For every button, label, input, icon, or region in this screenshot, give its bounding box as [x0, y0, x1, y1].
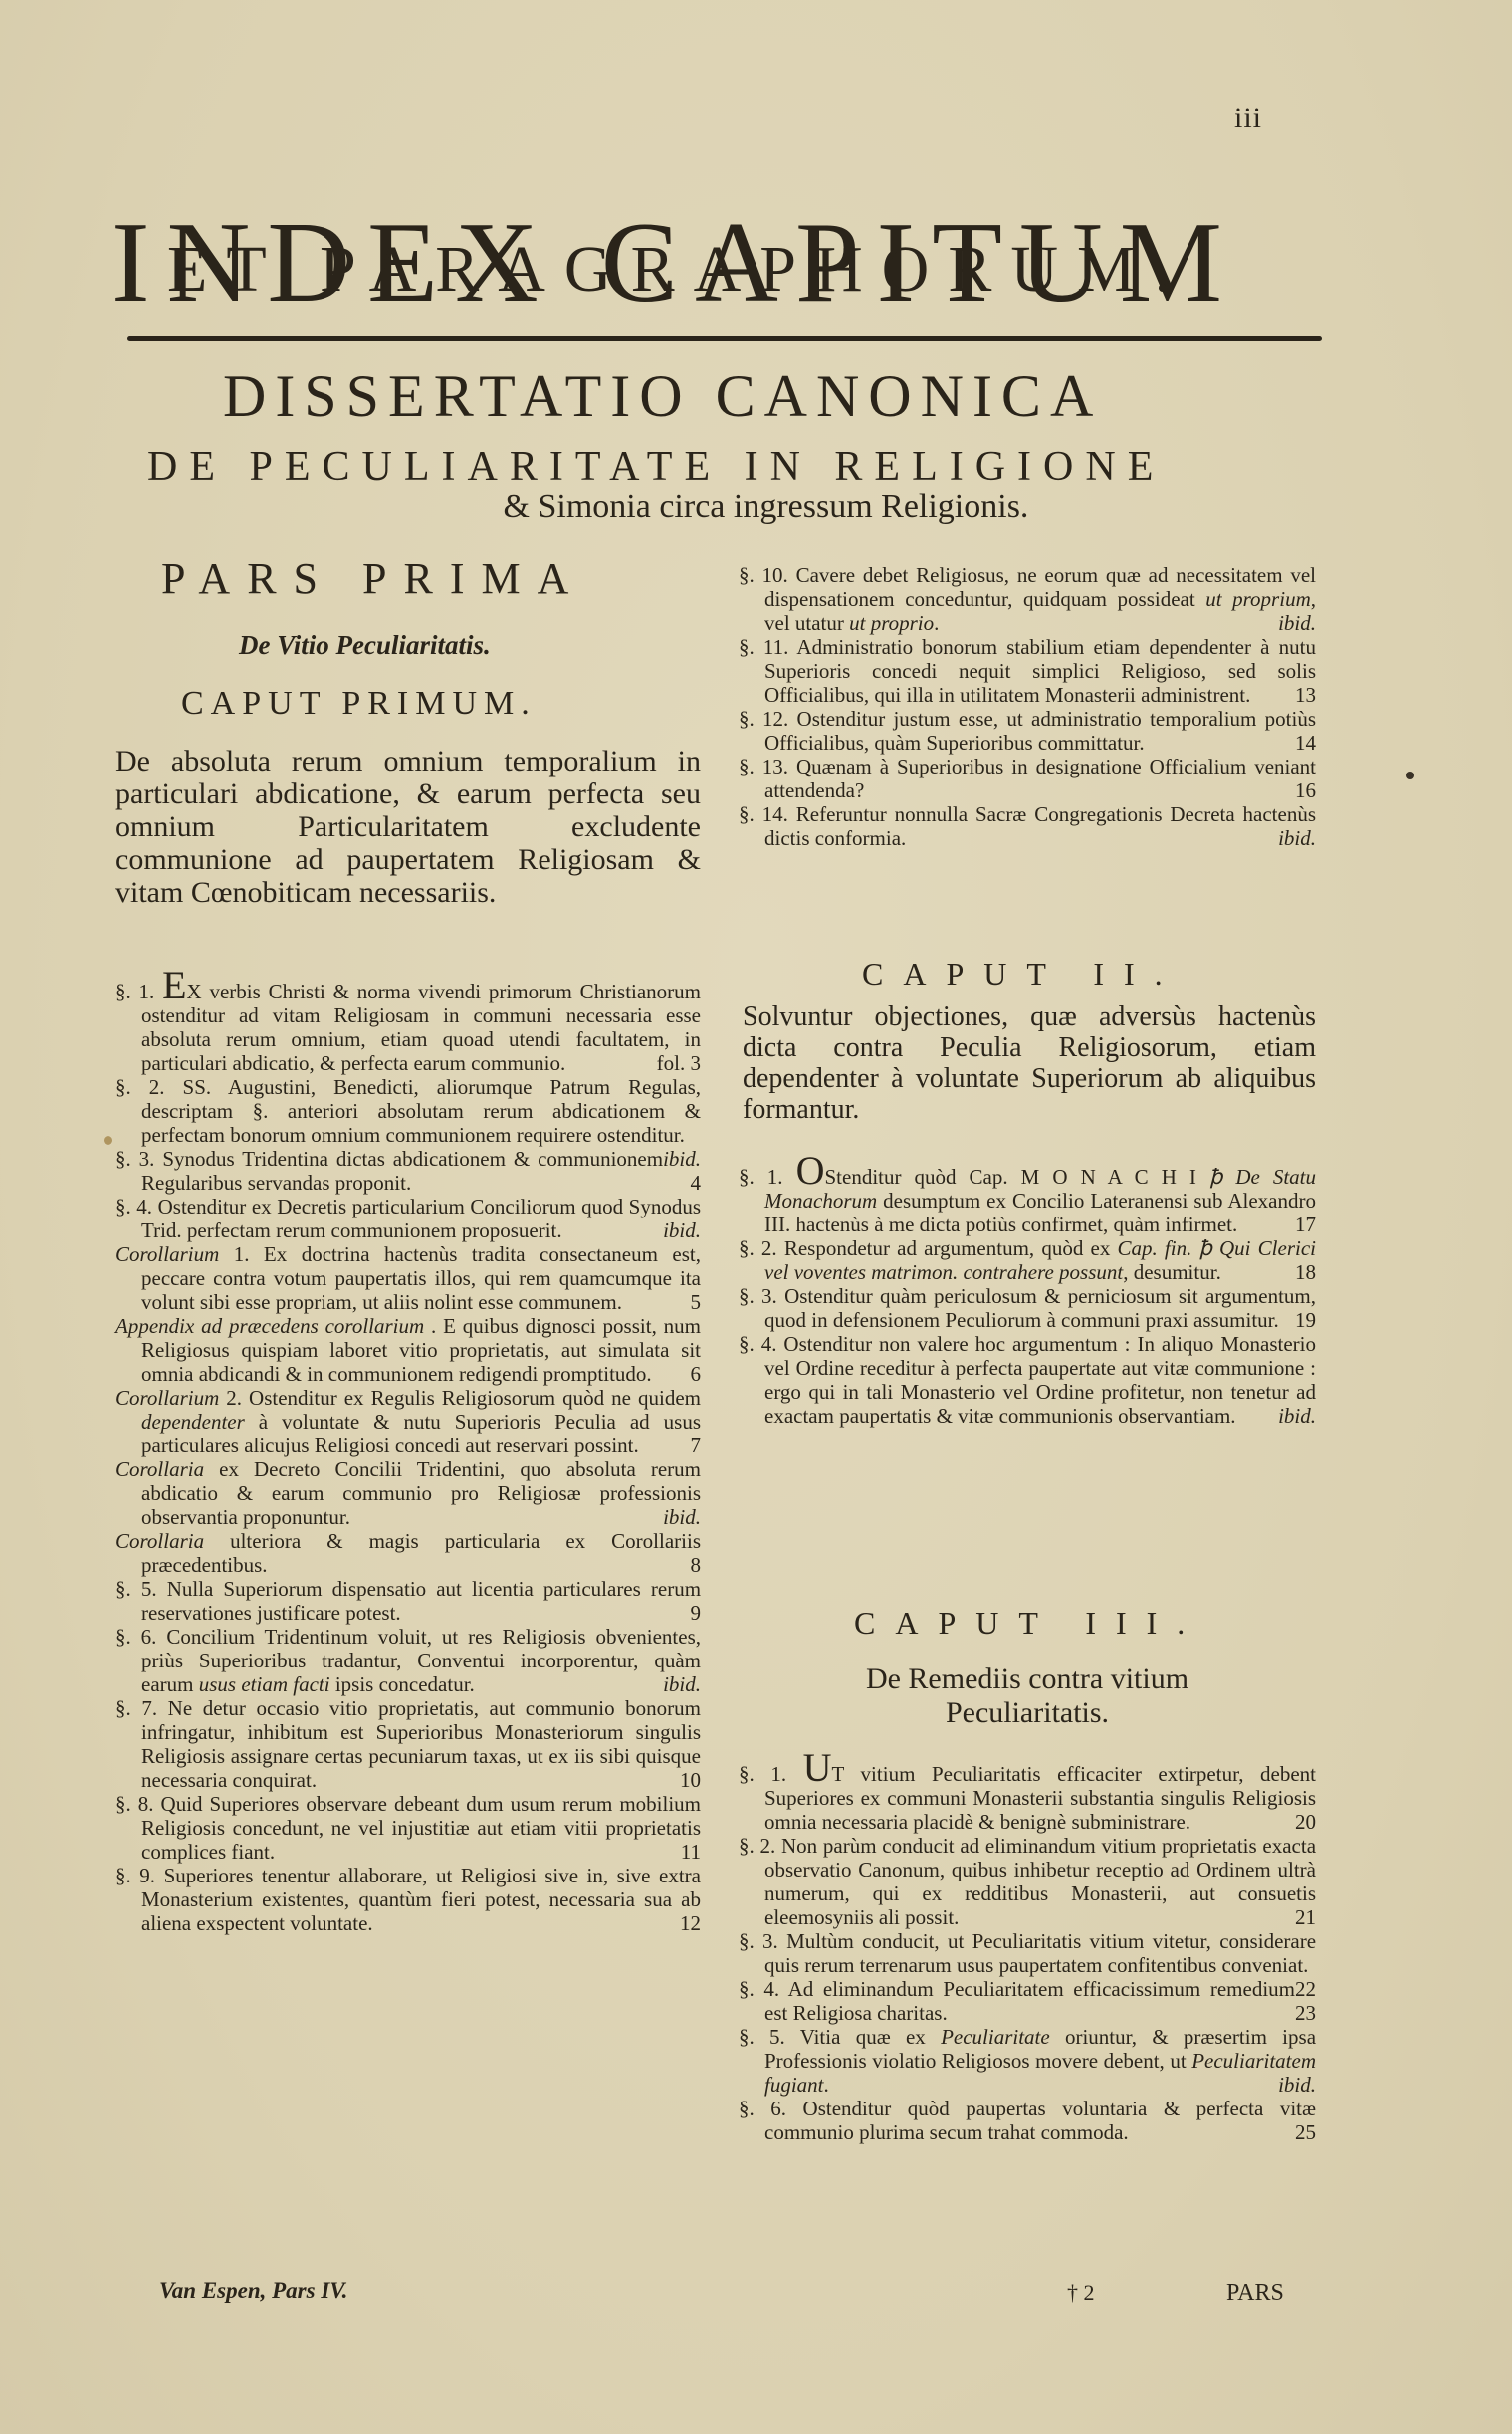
entry-text: Multùm conducit, ut Peculiaritatis vitiu… — [764, 1929, 1316, 1977]
entry-text: Quænam à Superioribus in designatione Of… — [764, 755, 1316, 802]
index-entry: Corollarium 2. Ostenditur ex Regulis Rel… — [115, 1386, 701, 1457]
entry-page-number: 4 — [691, 1171, 702, 1195]
entry-page-number: 17 — [1295, 1213, 1316, 1236]
stain-spot — [104, 1136, 112, 1145]
entry-text: ipsis concedatur. — [330, 1672, 475, 1696]
entry-label: Appendix ad præcedens corollarium — [115, 1314, 424, 1338]
index-entry: Corollarium 1. Ex doctrina hactenùs trad… — [115, 1242, 701, 1314]
entry-text-italic: Peculiaritate — [941, 2025, 1050, 2049]
index-entry: §. 11. Administratio bonorum stabilium e… — [739, 635, 1316, 707]
entry-label: §. 3. — [739, 1284, 777, 1308]
index-entry: §. 5. Nulla Superiorum dispensatio aut l… — [115, 1577, 701, 1625]
entry-text: Respondetur ad argumentum, quòd ex — [784, 1236, 1118, 1260]
index-entry: §. 13. Quænam à Superioribus in designat… — [739, 755, 1316, 802]
caput-ii-entries: §. 1. OStenditur quòd Cap. M O N A C H I… — [739, 1161, 1316, 1428]
entry-page-number: 7 — [691, 1434, 702, 1457]
index-entry: §. 9. Superiores tenentur allaborare, ut… — [115, 1864, 701, 1935]
caput-iii-description-line1: De Remediis contra vitium — [739, 1662, 1316, 1696]
index-entry: §. 6. Ostenditur quòd paupertas voluntar… — [739, 2097, 1316, 2144]
entry-page-number: 14 — [1295, 731, 1316, 755]
caput-ii-heading: CAPUT II. — [862, 958, 1183, 990]
entry-page-number: 12 — [680, 1911, 701, 1935]
entry-text: Ostenditur quòd paupertas voluntaria & p… — [764, 2097, 1316, 2144]
printer-signature: Van Espen, Pars IV. — [159, 2278, 347, 2304]
caput-ii-description: Solvuntur objectiones, quæ adversùs hact… — [743, 1001, 1316, 1125]
page-number: iii — [1234, 102, 1262, 135]
entry-text: 1. Ex doctrina hactenùs tradita consecta… — [141, 1242, 701, 1314]
index-entry: §. 6. Concilium Tridentinum voluit, ut r… — [115, 1625, 701, 1696]
index-entry: §. 4. Ostenditur ex Decretis particulari… — [115, 1195, 701, 1242]
caput-primum-description: De absoluta rerum omnium temporalium in … — [115, 745, 701, 909]
entry-page-number: ibid. — [663, 1218, 701, 1242]
entry-page-number: 18 — [1295, 1260, 1316, 1284]
entry-page-number: ibid. — [1278, 1404, 1316, 1428]
index-entry: §. 8. Quid Superiores observare debeant … — [115, 1792, 701, 1864]
drop-capital: O — [796, 1148, 825, 1193]
entry-page-number: 11 — [681, 1840, 701, 1864]
ink-spot — [1406, 772, 1414, 779]
index-entry: §. 4. Ostenditur non valere hoc argument… — [739, 1332, 1316, 1428]
entry-label: §. 13. — [739, 755, 788, 778]
entry-label: §. 3. — [739, 1929, 778, 1953]
entry-page-number: 13 — [1295, 683, 1316, 707]
caput-iii-description: De Remediis contra vitium Peculiaritatis… — [739, 1662, 1316, 1730]
index-entry: Corollaria ex Decreto Concilii Tridentin… — [115, 1457, 701, 1529]
entry-label: §. 12. — [739, 707, 788, 731]
entry-label: §. 7. — [115, 1696, 157, 1720]
index-entry: §. 2. Respondetur ad argumentum, quòd ex… — [739, 1236, 1316, 1284]
entry-text: Non parùm conducit ad eliminandum vitium… — [764, 1834, 1316, 1929]
entry-page-number: 21 — [1295, 1905, 1316, 1929]
entry-text: ex Decreto Concilii Tridentini, quo abso… — [141, 1457, 701, 1529]
dissertation-title: DISSERTATIO CANONICA — [223, 366, 1102, 426]
entry-text: 2. Ostenditur ex Regulis Religiosorum qu… — [226, 1386, 701, 1410]
entry-text: ulteriora & magis particularia ex Coroll… — [141, 1529, 701, 1577]
entry-label: §. 6. — [115, 1625, 156, 1649]
index-entry: §. 5. Vitia quæ ex Peculiaritate oriuntu… — [739, 2025, 1316, 2097]
index-entry: §. 1. UT vitium Peculiaritatis efficacit… — [739, 1758, 1316, 1834]
drop-capital: E — [162, 963, 186, 1007]
index-entry: §. 4. Ad eliminandum Peculiaritatem effi… — [739, 1977, 1316, 2025]
entry-text: Administratio bonorum stabilium etiam de… — [764, 635, 1316, 707]
entry-text: Vitia quæ ex — [800, 2025, 941, 2049]
caput-primum-heading: CAPUT PRIMUM. — [181, 687, 537, 721]
entry-text: Superiores tenentur allaborare, ut Relig… — [141, 1864, 701, 1935]
index-entry: §. 2. Non parùm conducit ad eliminandum … — [739, 1834, 1316, 1929]
dissertation-subtitle-2: & Simonia circa ingressum Religionis. — [0, 490, 1512, 524]
entry-page-number: ibid. — [663, 1672, 701, 1696]
pars-prima-heading: PARS PRIMA — [161, 557, 585, 601]
entry-label: §. 5. — [739, 2025, 785, 2049]
index-entry: Appendix ad præcedens corollarium . E qu… — [115, 1314, 701, 1386]
entry-text-italic: ut proprio — [849, 611, 934, 635]
entry-page-number: 16 — [1295, 778, 1316, 802]
entry-text: Synodus Tridentina dictas abdicationem &… — [141, 1147, 663, 1195]
entry-text: Ostenditur non valere hoc argumentum : I… — [764, 1332, 1316, 1428]
entry-label: §. 2. — [115, 1075, 165, 1099]
entry-page-number: ibid. — [1278, 826, 1316, 850]
index-entry: §. 12. Ostenditur justum esse, ut admini… — [739, 707, 1316, 755]
caput-primum-entries-right: §. 10. Cavere debet Religiosus, ne eorum… — [739, 563, 1316, 850]
entry-text: Ostenditur ex Decretis particularium Con… — [141, 1195, 701, 1242]
entry-text: Ostenditur quàm periculosum & perniciosu… — [764, 1284, 1316, 1332]
entry-text-italic: dependenter — [141, 1410, 245, 1434]
entry-page-number: 20 — [1295, 1810, 1316, 1834]
entry-text-italic: ut proprium — [1205, 587, 1310, 611]
entry-label: §. 11. — [739, 635, 788, 659]
index-entry: §. 3. Synodus Tridentina dictas abdicati… — [115, 1147, 701, 1195]
caput-iii-heading: CAPUT III. — [854, 1607, 1204, 1639]
entry-page-number: ibid. — [663, 1505, 701, 1529]
caput-primum-entries-left: §. 1. EX verbis Christi & norma vivendi … — [115, 976, 701, 1935]
entry-label: §. 3. — [115, 1147, 154, 1171]
entry-label: §. 2. — [739, 1236, 777, 1260]
entry-label: §. 1. — [739, 1165, 783, 1189]
index-entry: §. 2. SS. Augustini, Benedicti, aliorumq… — [115, 1075, 701, 1147]
entry-text: Ad eliminandum Peculiaritatem efficaciss… — [764, 1977, 1295, 2025]
entry-text: T vitium Peculiaritatis efficaciter exti… — [764, 1762, 1316, 1834]
entry-label: §. 4. — [739, 1977, 779, 2001]
entry-page-number: 19 — [1295, 1308, 1316, 1332]
entry-label: §. 1. — [115, 980, 154, 1003]
entry-label: Corollarium — [115, 1242, 219, 1266]
entry-label: Corollaria — [115, 1457, 204, 1481]
entry-text: Referuntur nonnulla Sacræ Congregationis… — [764, 802, 1316, 850]
entry-page-number: 5 — [691, 1290, 702, 1314]
entry-text: . — [824, 2073, 829, 2097]
entry-label: §. 2. — [739, 1834, 775, 1858]
index-entry: §. 3. Ostenditur quàm periculosum & pern… — [739, 1284, 1316, 1332]
entry-text: . — [934, 611, 939, 635]
entry-page-number: 8 — [691, 1553, 702, 1577]
entry-page-number: 6 — [691, 1362, 702, 1386]
entry-text: Quid Superiores observare debeant dum us… — [141, 1792, 701, 1864]
entry-label: §. 1. — [739, 1762, 786, 1786]
caput-iii-description-line2: Peculiaritatis. — [739, 1696, 1316, 1730]
drop-capital: U — [803, 1745, 832, 1790]
index-title-line2: ET PARAGRAPHORUM. — [167, 237, 1322, 303]
entry-text-italic: usus etiam facti — [199, 1672, 330, 1696]
entry-label: §. 5. — [115, 1577, 157, 1601]
entry-label: §. 9. — [115, 1864, 155, 1887]
entry-label: §. 4. — [115, 1195, 152, 1218]
index-entry: §. 14. Referuntur nonnulla Sacræ Congreg… — [739, 802, 1316, 850]
entry-text: , desumitur. — [1123, 1260, 1221, 1284]
entry-page-number: 10 — [680, 1768, 701, 1792]
entry-page-number: ibid. — [1278, 2073, 1316, 2097]
index-entry: §. 1. EX verbis Christi & norma vivendi … — [115, 976, 701, 1075]
entry-label: Corollaria — [115, 1529, 204, 1553]
entry-text: Ne detur occasio vitio proprietatis, aut… — [141, 1696, 701, 1792]
index-entry: §. 10. Cavere debet Religiosus, ne eorum… — [739, 563, 1316, 635]
title-divider — [127, 336, 1322, 341]
entry-label: §. 10. — [739, 563, 788, 587]
entry-text: X verbis Christi & norma vivendi primoru… — [141, 980, 701, 1075]
signature-mark: † 2 — [1067, 2280, 1095, 2306]
entry-label: §. 14. — [739, 802, 788, 826]
index-entry: §. 1. OStenditur quòd Cap. M O N A C H I… — [739, 1161, 1316, 1236]
pars-prima-subheading: De Vitio Peculiaritatis. — [239, 630, 491, 661]
entry-text: Nulla Superiorum dispensatio aut licenti… — [141, 1577, 701, 1625]
dissertation-subtitle: DE PECULIARITATE IN RELIGIONE — [147, 446, 1165, 488]
caput-iii-entries: §. 1. UT vitium Peculiaritatis efficacit… — [739, 1758, 1316, 2144]
index-entry: §. 7. Ne detur occasio vitio proprietati… — [115, 1696, 701, 1792]
entry-text: Ostenditur justum esse, ut administratio… — [764, 707, 1316, 755]
entry-page-number: ibid. — [1278, 611, 1316, 635]
entry-page-number: 25 — [1295, 2120, 1316, 2144]
entry-page-number: fol. 3 — [657, 1051, 701, 1075]
entry-page-number: 9 — [691, 1601, 702, 1625]
entry-label: §. 4. — [739, 1332, 776, 1356]
entry-text: SS. Augustini, Benedicti, aliorumque Pat… — [141, 1075, 701, 1147]
entry-label: Corollarium — [115, 1386, 219, 1410]
entry-label: §. 8. — [115, 1792, 154, 1816]
entry-page-number: 23 — [1295, 2001, 1316, 2025]
entry-text: Stenditur quòd Cap. M O N A C H I — [824, 1165, 1208, 1189]
index-entry: §. 3. Multùm conducit, ut Peculiaritatis… — [739, 1929, 1316, 1977]
catchword: PARS — [1226, 2280, 1284, 2307]
index-entry: Corollaria ulteriora & magis particulari… — [115, 1529, 701, 1577]
entry-label: §. 6. — [739, 2097, 786, 2120]
